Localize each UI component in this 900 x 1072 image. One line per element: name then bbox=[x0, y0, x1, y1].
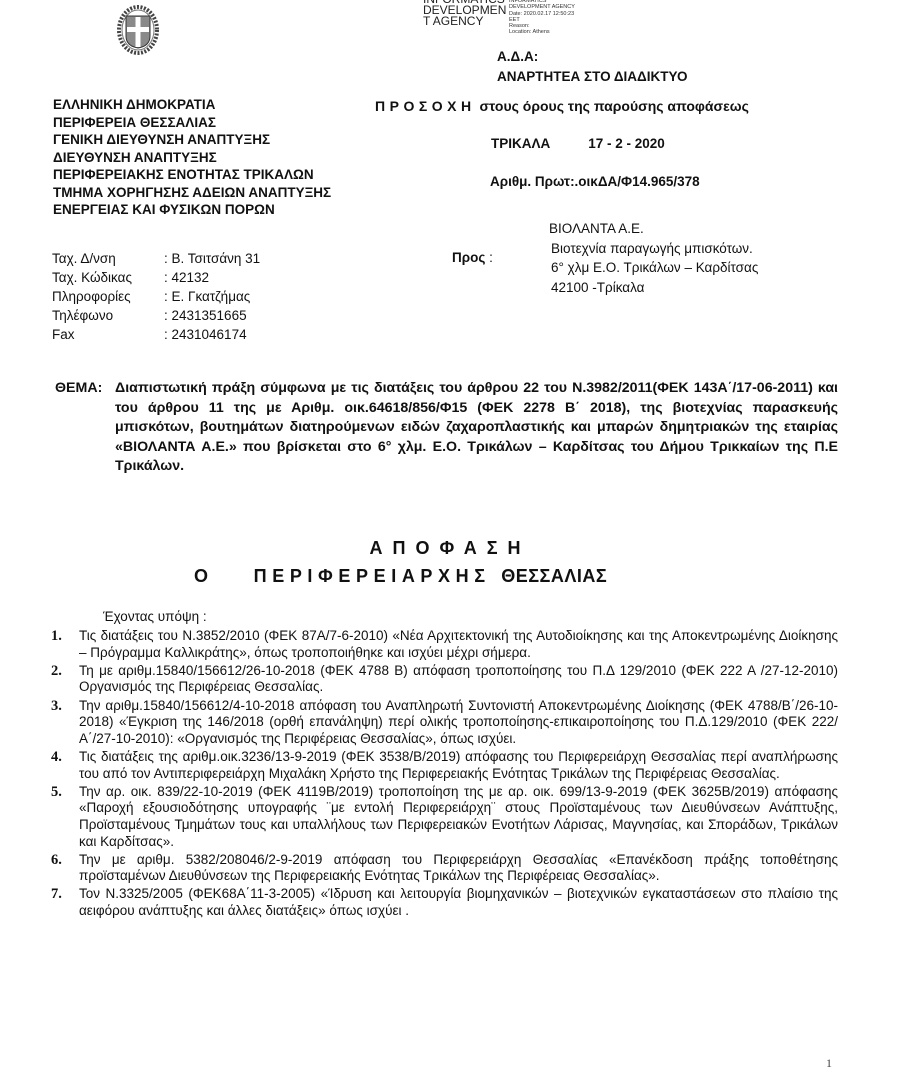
subject-text: Διαπιστωτική πράξη σύμφωνα με τις διατάξ… bbox=[115, 379, 838, 477]
ada-label: Α.Δ.Α: bbox=[497, 47, 688, 67]
contact-row-fax: Fax: 2431046174 bbox=[52, 325, 260, 344]
protocol-number: Αριθμ. Πρωτ:.οικΔΑ/Φ14.965/378 bbox=[490, 174, 700, 189]
list-item: 5.Την αρ. οικ. 839/22-10-2019 (ΦΕΚ 4119Β… bbox=[51, 784, 838, 850]
subject: ΘΕΜΑ: Διαπιστωτική πράξη σύμφωνα με τις … bbox=[55, 379, 838, 477]
contact-details: Ταχ. Δ/νση: Β. Τσιτσάνη 31 Ταχ. Κώδικας:… bbox=[52, 249, 260, 344]
document-date: 17 - 2 - 2020 bbox=[588, 136, 665, 151]
list-item: 4.Τις διατάξεις της αριθμ.οικ.3236/13-9-… bbox=[51, 749, 838, 782]
issuing-organization: ΕΛΛΗΝΙΚΗ ΔΗΜΟΚΡΑΤΙΑ ΠΕΡΙΦΕΡΕΙΑ ΘΕΣΣΑΛΙΑΣ… bbox=[53, 96, 331, 219]
considering-label: Έχοντας υπόψη : bbox=[103, 609, 207, 624]
digital-signature-name: INFORMATICS DEVELOPMEN T AGENCY bbox=[423, 0, 506, 27]
decision-title: ΑΠΟΦΑΣΗ bbox=[0, 538, 900, 559]
attention-notice: ΠΡΟΣΟΧΗ στους όρους της παρούσης αποφάσε… bbox=[375, 98, 749, 114]
city: ΤΡΙΚΑΛΑ bbox=[491, 136, 550, 151]
ada-block: Α.Δ.Α: ΑΝΑΡΤΗΤΕΑ ΣΤΟ ΔΙΑΔΙΚΤΥΟ bbox=[497, 47, 688, 87]
post-online-notice: ΑΝΑΡΤΗΤΕΑ ΣΤΟ ΔΙΑΔΙΚΤΥΟ bbox=[497, 67, 688, 87]
list-item: 1.Τις διατάξεις του Ν.3852/2010 (ΦΕΚ 87Α… bbox=[51, 628, 838, 661]
contact-row-address: Ταχ. Δ/νση: Β. Τσιτσάνη 31 bbox=[52, 249, 260, 268]
contact-row-info: Πληροφορίες: Ε. Γκατζήμας bbox=[52, 287, 260, 306]
subject-label: ΘΕΜΑ: bbox=[55, 379, 115, 477]
decision-subtitle: ΟΠΕΡΙΦΕΡΕΙΑΡΧΗΣ ΘΕΣΣΑΛΙΑΣ bbox=[194, 566, 607, 587]
recipient-label: Προς : bbox=[452, 250, 493, 265]
page-number: 1 bbox=[826, 1056, 832, 1071]
greek-coat-of-arms-icon bbox=[116, 4, 160, 56]
place-and-date: ΤΡΙΚΑΛΑ17 - 2 - 2020 bbox=[491, 136, 665, 151]
recipient-address: ΒΙΟΛΑΝΤΑ Α.Ε. Βιοτεχνία παραγωγής μπισκό… bbox=[549, 219, 758, 297]
list-item: 6.Την με αριθμ. 5382/208046/2-9-2019 από… bbox=[51, 852, 838, 885]
list-item: 2.Τη με αριθμ.15840/156612/26-10-2018 (Φ… bbox=[51, 663, 838, 696]
list-item: 3.Την αριθμ.15840/156612/4-10-2018 απόφα… bbox=[51, 698, 838, 748]
considerations-list: 1.Τις διατάξεις του Ν.3852/2010 (ΦΕΚ 87Α… bbox=[51, 628, 838, 921]
list-item: 7.Τον Ν.3325/2005 (ΦΕΚ68Α΄11-3-2005) «Ίδ… bbox=[51, 886, 838, 919]
digital-signature-details: INFORMATICS DEVELOPMENT AGENCY Date: 202… bbox=[509, 0, 575, 36]
contact-row-postcode: Ταχ. Κώδικας: 42132 bbox=[52, 268, 260, 287]
contact-row-phone: Τηλέφωνο: 2431351665 bbox=[52, 306, 260, 325]
